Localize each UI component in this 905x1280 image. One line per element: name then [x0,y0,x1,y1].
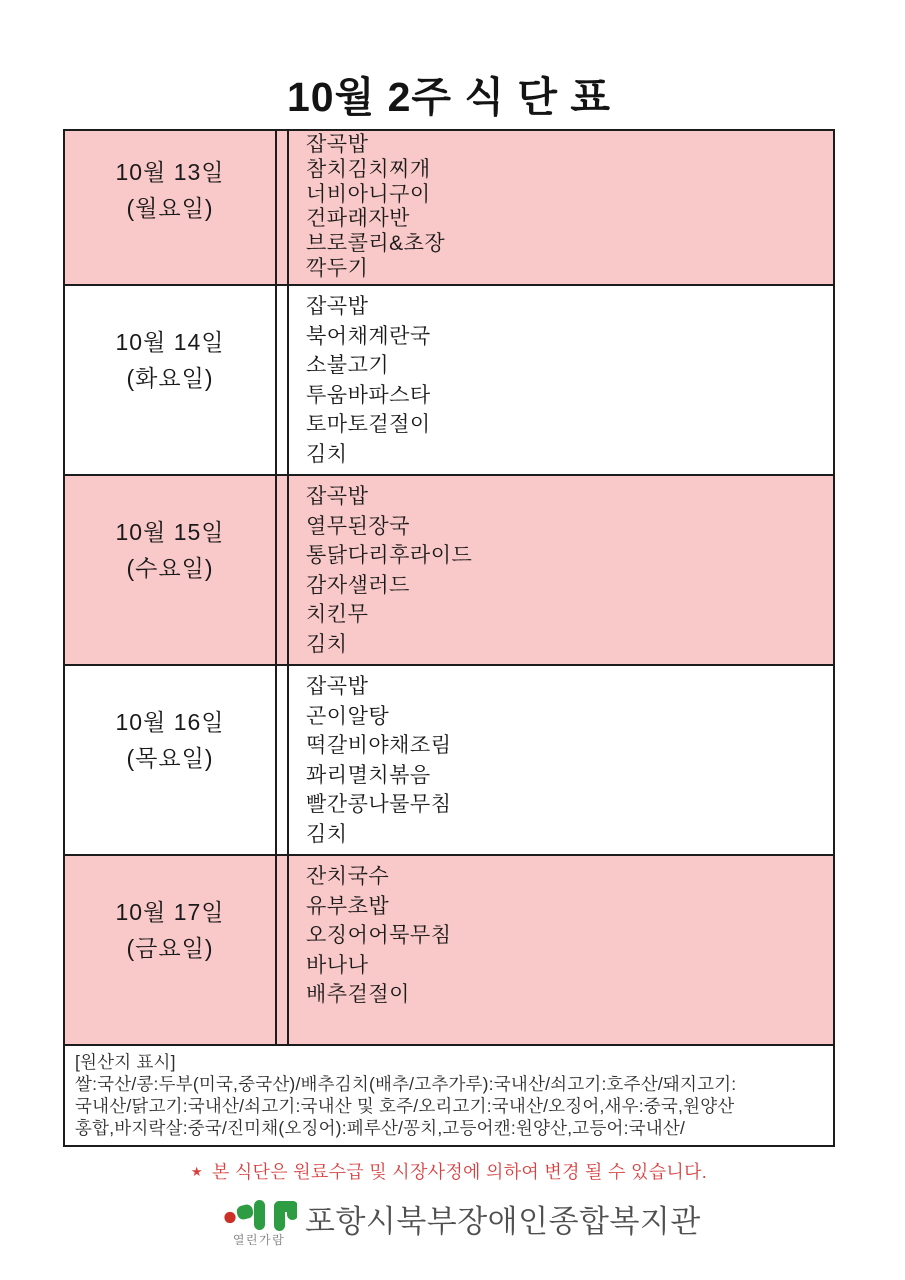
menu-item: 김치 [306,630,827,660]
menu-item: 잡곡밥 [306,133,827,158]
menu-item: 잡곡밥 [306,482,827,512]
organization-name: 포항시북부장애인종합복지관 [305,1196,701,1248]
row-day: (수요일) [65,550,275,586]
footer: 열린가람 포항시북부장애인종합복지관 [221,1196,905,1248]
divider-cell [277,286,289,474]
origin-line: 국내산/닭고기:국내산/쇠고기:국내산 및 호주/오리고기:국내산/오징어,새우… [75,1095,823,1117]
menu-rows: 10월 13일 (월요일) 잡곡밥참치김치찌개너비아니구이건파래자반브로콜리&초… [65,131,833,1046]
weekly-menu-table: 10월 13일 (월요일) 잡곡밥참치김치찌개너비아니구이건파래자반브로콜리&초… [63,129,835,1147]
menu-item: 깍두기 [306,257,827,282]
menu-item: 참치김치찌개 [306,158,827,183]
organization-logo: 열린가람 [221,1198,297,1248]
row-day: (목요일) [65,740,275,776]
menu-table-row: 10월 16일 (목요일) 잡곡밥곤이알탕떡갈비야채조림꽈리멸치볶음빨간콩나물무… [65,666,833,856]
menu-item: 토마토겉절이 [306,410,827,440]
menu-item: 잡곡밥 [306,672,827,702]
menu-item: 브로콜리&초장 [306,232,827,257]
change-notice-text: 본 식단은 원료수급 및 시장사정에 의하여 변경 될 수 있습니다. [212,1162,707,1182]
origin-heading: [원산지 표시] [75,1051,823,1073]
row-date: 10월 15일 [65,514,275,550]
menu-item: 감자샐러드 [306,571,827,601]
menu-item: 꽈리멸치볶음 [306,761,827,791]
change-notice: ★본 식단은 원료수급 및 시장사정에 의하여 변경 될 수 있습니다. [63,1158,835,1184]
origin-line: 홍합,바지락살:중국/진미채(오징어):페루산/꽁치,고등어캔:원양산,고등어:… [75,1117,823,1139]
divider-cell [277,856,289,1044]
menu-item: 배추겉절이 [306,980,827,1010]
origin-line: 쌀:국산/콩:두부(미국,중국산)/배추김치(배추/고추가루):국내산/쇠고기:… [75,1073,823,1095]
menu-list: 잡곡밥곤이알탕떡갈비야채조림꽈리멸치볶음빨간콩나물무침김치 [289,666,833,854]
menu-item: 바나나 [306,951,827,981]
menu-item: 곤이알탕 [306,702,827,732]
menu-item: 투움바파스타 [306,381,827,411]
menu-list: 잡곡밥북어채계란국소불고기투움바파스타토마토겉절이김치 [289,286,833,474]
page-title: 10월 2주 식 단 표 [63,64,835,123]
row-day: (월요일) [65,190,275,226]
menu-table-row: 10월 13일 (월요일) 잡곡밥참치김치찌개너비아니구이건파래자반브로콜리&초… [65,131,833,286]
menu-item: 유부초밥 [306,892,827,922]
origin-info-box: [원산지 표시] 쌀:국산/콩:두부(미국,중국산)/배추김치(배추/고추가루)… [65,1046,833,1145]
menu-item: 오징어어묵무침 [306,921,827,951]
menu-list: 잡곡밥참치김치찌개너비아니구이건파래자반브로콜리&초장깍두기 [289,131,833,284]
menu-item: 통닭다리후라이드 [306,541,827,571]
row-date: 10월 13일 [65,154,275,190]
divider-cell [277,131,289,284]
menu-item: 잡곡밥 [306,292,827,322]
menu-item: 떡갈비야채조림 [306,731,827,761]
menu-table-row: 10월 14일 (화요일) 잡곡밥북어채계란국소불고기투움바파스타토마토겉절이김… [65,286,833,476]
row-date: 10월 17일 [65,894,275,930]
row-date: 10월 16일 [65,704,275,740]
row-date: 10월 14일 [65,324,275,360]
menu-item: 빨간콩나물무침 [306,790,827,820]
row-day: (화요일) [65,360,275,396]
menu-list: 잔치국수유부초밥오징어어묵무침바나나배추겉절이 [289,856,833,1044]
menu-item: 건파래자반 [306,207,827,232]
menu-list: 잡곡밥열무된장국통닭다리후라이드감자샐러드치킨무김치 [289,476,833,664]
divider-cell [277,476,289,664]
date-cell: 10월 15일 (수요일) [65,476,277,664]
menu-table-row: 10월 17일 (금요일) 잔치국수유부초밥오징어어묵무침바나나배추겉절이 [65,856,833,1046]
menu-item: 김치 [306,820,827,850]
date-cell: 10월 16일 (목요일) [65,666,277,854]
date-cell: 10월 14일 (화요일) [65,286,277,474]
meal-plan-document: 10월 2주 식 단 표 10월 13일 (월요일) 잡곡밥참치김치찌개너비아니… [0,0,905,1280]
menu-item: 너비아니구이 [306,183,827,208]
menu-item: 김치 [306,440,827,470]
divider-cell [277,666,289,854]
star-icon: ★ [191,1164,203,1179]
logo-caption: 열린가람 [233,1231,285,1248]
logo-icon [221,1198,297,1231]
menu-item: 치킨무 [306,600,827,630]
menu-item: 소불고기 [306,351,827,381]
menu-table-row: 10월 15일 (수요일) 잡곡밥열무된장국통닭다리후라이드감자샐러드치킨무김치 [65,476,833,666]
menu-item: 북어채계란국 [306,322,827,352]
date-cell: 10월 13일 (월요일) [65,131,277,284]
row-day: (금요일) [65,930,275,966]
menu-item: 열무된장국 [306,512,827,542]
date-cell: 10월 17일 (금요일) [65,856,277,1044]
menu-item: 잔치국수 [306,862,827,892]
